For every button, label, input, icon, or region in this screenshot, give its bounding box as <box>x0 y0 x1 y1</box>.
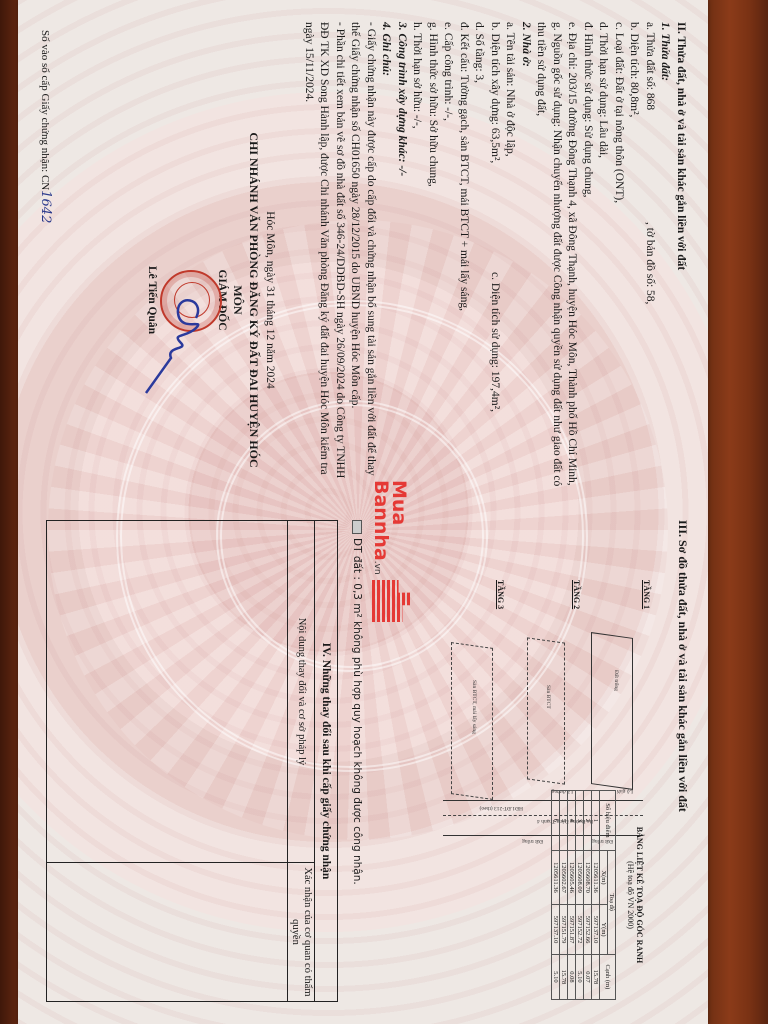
table-cell: 597152.66 <box>584 905 592 955</box>
table-cell: 0.07 <box>584 954 592 999</box>
table-cell: 597152.72 <box>576 905 584 955</box>
floor-2-note: Sàn BTCT <box>545 685 551 709</box>
house-ownership-term: h. Thời hạn sở hữu: -/-, <box>409 22 425 492</box>
notes-heading: 4. Ghi chú: <box>378 22 394 492</box>
floor-2-label: TẦNG 2 <box>572 580 581 609</box>
signature-block: Hóc Môn, ngày 31 tháng 12 năm 2024 CHI N… <box>214 120 278 480</box>
land-use-form: đ. Hình thức sử dụng: Sử dụng chung, <box>580 22 596 492</box>
wood-background-right <box>704 0 768 1024</box>
legend-swatch-icon <box>352 520 362 534</box>
section-4-empty-body <box>47 521 287 1001</box>
table-cell: 4 <box>568 791 576 851</box>
house-built-area: b. Diện tích xây dựng: 63,5m², <box>487 22 503 272</box>
land-area: b. Diện tích: 80,8m², <box>626 22 642 492</box>
floor-3-label: TẦNG 3 <box>496 580 505 609</box>
house-area-row: b. Diện tích xây dựng: 63,5m², c. Diện t… <box>487 22 503 492</box>
parcel-number: a. Thửa đất số: 868 <box>642 22 658 222</box>
map-sheet-number: , tờ bản đồ số: 58, <box>642 222 658 304</box>
table-cell: 6 <box>552 791 560 851</box>
table-cell: 597137.10 <box>552 905 560 955</box>
table-cell: 0.08 <box>568 954 576 999</box>
neighbor-label: Đất trống <box>522 838 543 844</box>
col-y: Y(m) <box>600 905 608 955</box>
brand-text: Mua Bannha.vn <box>368 480 408 575</box>
house-floors: d. Số tầng: 3, <box>471 22 487 492</box>
register-number-line: Số vào sổ cấp Giấy chứng nhận: CN1642 <box>38 30 53 223</box>
house-name: a. Tên tài sản: Nhà ở độc lập, <box>502 22 518 492</box>
section-4-changes-table: IV. Những thay đổi sau khi cấp giấy chứn… <box>46 520 338 1002</box>
muabannha-watermark-logo: Mua Bannha.vn <box>368 480 408 575</box>
certificate-photo: II. Thửa đất, nhà ở và tài sản khác gắn … <box>18 0 708 1024</box>
col-authority-confirm: Xác nhận của cơ quan có thẩm quyền <box>288 863 314 1001</box>
signer-name: Lê Tiến Quân <box>144 120 160 480</box>
house-structure: đ. Kết cấu: Tường gạch, sàn BTCT, mái BT… <box>456 22 472 492</box>
house-floor-area: c. Diện tích sử dụng: 197,4m², <box>487 272 503 412</box>
coord-table-title: BẢNG LIỆT KÊ TOẠ ĐỘ GÓC RANH (Hệ toạ độ … <box>626 790 644 1000</box>
table-cell: 5 <box>560 791 568 851</box>
col-change-content: Nội dung thay đổi và cơ sở pháp lý <box>288 521 314 863</box>
table-row: 31205608.09597152.725.10 <box>576 791 584 1000</box>
issuing-office: CHI NHÁNH VĂN PHÒNG ĐĂNG KÝ ĐẤT ĐAI HUYỆ… <box>230 120 262 480</box>
brand-line-2: Bannha <box>370 480 392 561</box>
col-coords: Toạ độ <box>608 850 616 954</box>
dt-note-text: DT đất : 0,3 m² không phù hợp quy hoạch … <box>351 538 363 885</box>
table-cell: 1205611.36 <box>552 850 560 905</box>
authority-confirm-cell <box>47 863 287 1001</box>
table-cell: 15.78 <box>592 954 600 999</box>
coord-table-subtitle: (Hệ toạ độ VN 2000) <box>626 790 635 1000</box>
section-4-title: IV. Những thay đổi sau khi cấp giấy chứn… <box>314 521 337 1001</box>
col-x: X(m) <box>600 850 608 905</box>
table-cell: 5.10 <box>576 954 584 999</box>
col-edge: Cạnh (m) <box>600 954 616 999</box>
other-works: 3. Công trình xây dựng khác: -/- <box>394 22 410 492</box>
coordinate-table: Số hiệu điểm Toạ độ Cạnh (m) X(m) Y(m) 1… <box>551 790 616 1000</box>
table-row: 61205611.36597137.105.10 <box>552 791 560 1000</box>
land-origin: g. Nguồn gốc sử dụng: Nhận chuyển nhượng… <box>533 22 564 492</box>
table-cell: 1205605.46 <box>568 850 576 905</box>
section-2-title: II. Thửa đất, nhà ở và tài sản khác gắn … <box>673 22 689 492</box>
change-content-cell <box>47 521 287 863</box>
table-cell: 3 <box>576 791 584 851</box>
table-cell: 5.10 <box>552 954 560 999</box>
section-3-title: III. Sơ đồ thửa đất, nhà ở và tài sản kh… <box>675 520 690 812</box>
floor-1-outline <box>591 632 633 790</box>
table-cell: 1205608.70 <box>584 850 592 905</box>
floor-1-note: Đất trống <box>613 670 619 691</box>
register-number: 1642 <box>38 190 53 223</box>
note-2: - Phần chi tiết xem bản vẽ sơ đồ nhà đất… <box>301 22 348 492</box>
coord-table-heading: BẢNG LIỆT KÊ TOẠ ĐỘ GÓC RANH <box>635 790 644 1000</box>
buildings-icon <box>372 580 410 622</box>
table-cell: 1205602.67 <box>560 850 568 905</box>
brand-suffix: .vn <box>372 561 382 575</box>
land-term: d. Thời hạn sử dụng: Lâu dài, <box>595 22 611 492</box>
parcel-row: a. Thửa đất số: 868 , tờ bản đồ số: 58, <box>642 22 658 492</box>
table-cell: 1 <box>592 791 600 851</box>
coordinate-table-body: 11205611.36597137.1015.7821205608.705971… <box>552 791 600 1000</box>
house-heading: 2. Nhà ở: <box>518 22 534 492</box>
table-cell: 597137.10 <box>592 905 600 955</box>
table-cell: 1205611.36 <box>592 850 600 905</box>
table-cell: 597151.87 <box>568 905 576 955</box>
floor-2-outline <box>527 637 565 784</box>
parcel-diagram: TẦNG 1 TẦNG 2 TẦNG 3 Đất trống Sàn BTCT … <box>423 560 653 1000</box>
land-address: e. Địa chỉ: 203/15 đường Đông Thạnh 4, x… <box>564 22 580 492</box>
floor-1-label: TẦNG 1 <box>642 580 651 609</box>
brand-line-1: Mua <box>390 480 408 575</box>
table-row: 11205611.36597137.1015.78 <box>592 791 600 1000</box>
house-grade: e. Cấp công trình: -/-, <box>440 22 456 492</box>
table-row: 41205605.46597151.870.08 <box>568 791 576 1000</box>
place-date: Hóc Môn, ngày 31 tháng 12 năm 2024 <box>262 120 278 480</box>
land-use-certificate-page: II. Thửa đất, nhà ở và tài sản khác gắn … <box>18 0 708 1024</box>
table-cell: 15.78 <box>560 954 568 999</box>
register-label: Số vào sổ cấp Giấy chứng nhận: CN <box>39 30 51 190</box>
table-row: 51205602.67597151.7915.78 <box>560 791 568 1000</box>
floor-3-note: Sàn BTCT, mái lấy sáng <box>471 680 477 734</box>
section-2-land-house: II. Thửa đất, nhà ở và tài sản khác gắn … <box>301 22 689 492</box>
table-cell: 2 <box>584 791 592 851</box>
table-cell: 1205608.09 <box>576 850 584 905</box>
note-1: - Giấy chứng nhận này được cấp do cấp đổ… <box>347 22 378 492</box>
house-ownership: g. Hình thức sở hữu: Sở hữu chung, <box>425 22 441 492</box>
road-code-label: HĐ1.ĐT-213 (theo) <box>480 805 523 811</box>
table-row: 21205608.70597152.660.07 <box>584 791 592 1000</box>
section-4-header-row: Nội dung thay đổi và cơ sở pháp lý Xác n… <box>287 521 314 1001</box>
land-heading: 1. Thửa đất: <box>657 22 673 492</box>
col-point: Số hiệu điểm <box>600 791 616 851</box>
table-cell: 597151.79 <box>560 905 568 955</box>
land-type: c. Loại đất: Đất ở tại nông thôn (ONT), <box>611 22 627 492</box>
non-compliant-area-note: DT đất : 0,3 m² không phù hợp quy hoạch … <box>351 520 363 885</box>
